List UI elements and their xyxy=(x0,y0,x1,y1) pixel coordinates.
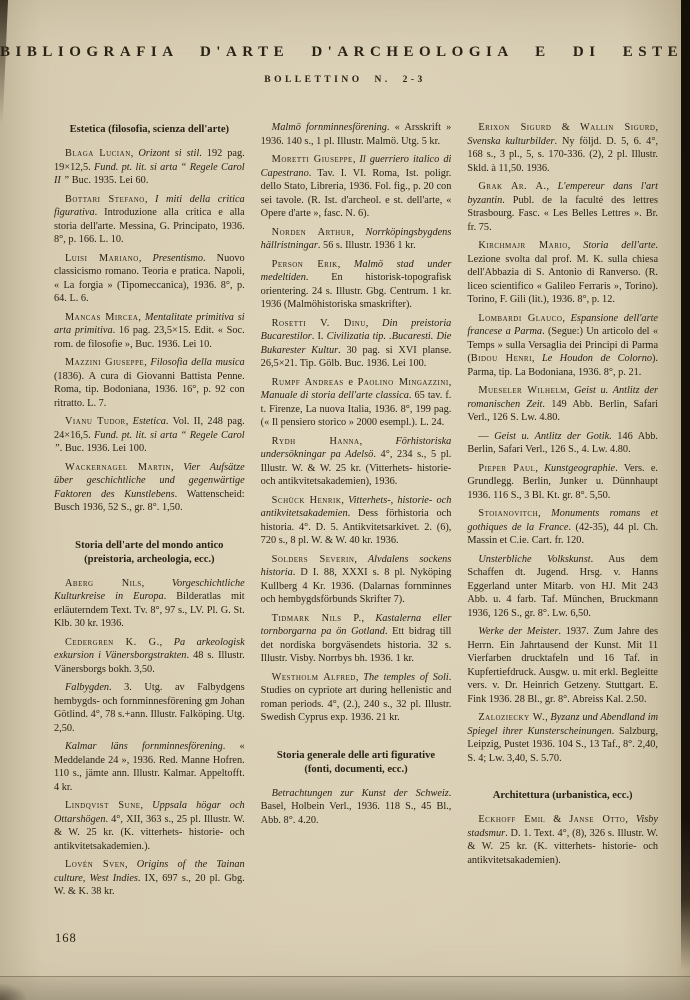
bibliography-entry: Bottari Stefano, I miti della critica fi… xyxy=(54,193,245,247)
bibliography-entry: Betrachtungen zur Kunst der Schweiz. Bas… xyxy=(261,787,452,828)
bibliography-entry: Person Erik, Malmö stad under medeltiden… xyxy=(261,258,452,312)
bibliography-entry: Norden Arthur, Norrköpingsbygdens hällri… xyxy=(261,226,452,253)
bibliography-entry: Kalmar läns fornminnesförening. « Meddel… xyxy=(54,740,245,794)
bibliography-entry: Cedergren K. G., Pa arkeologisk exkursio… xyxy=(54,636,245,677)
bibliography-entry: — Geist u. Antlitz der Gotik. 146 Abb. B… xyxy=(467,430,658,457)
bibliography-entry: Werke der Meister. 1937. Zum Jahre des H… xyxy=(467,625,658,706)
page-title: BIBLIOGRAFIA D'ARTE D'ARCHEOLOGIA E DI E… xyxy=(0,44,690,61)
bibliography-entry: Lombardi Glauco, Espansione dell'arte fr… xyxy=(467,312,658,380)
section-heading: Storia generale delle arti figurative(fo… xyxy=(263,749,450,777)
scanned-bibliography-page: BIBLIOGRAFIA D'ARTE D'ARCHEOLOGIA E DI E… xyxy=(0,0,690,1000)
section-heading: Estetica (filosofia, scienza dell'arte) xyxy=(56,123,243,137)
bibliography-entry: Zaloziecky W., Byzanz und Abendland im S… xyxy=(467,711,658,765)
column-2: Malmö fornminnesförening. « Arsskrift » … xyxy=(261,121,452,904)
bibliography-entry: Moretti Giuseppe, Il guerriero italico d… xyxy=(261,153,452,221)
bibliography-entry: Rydh Hanna, Förhistoriska undersökningar… xyxy=(261,435,452,489)
bibliography-entry: Rosetti V. Dinu, Din preistoria Bucarest… xyxy=(261,317,452,371)
page-number: 168 xyxy=(55,931,77,946)
scan-edge-bottom-left xyxy=(0,984,26,1000)
bibliography-entry: Vianu Tudor, Estetica. Vol. II, 248 pag.… xyxy=(54,415,245,456)
bibliography-entry: Mancas Mircea, Mentalitate primitiva si … xyxy=(54,311,245,352)
bibliography-entry: Aberg Nils, Vorgeschichtliche Kulturkrei… xyxy=(54,577,245,631)
column-3: Erixon Sigurd & Wallin Sigurd, Svenska k… xyxy=(467,121,658,904)
scan-edge-bottom xyxy=(0,976,690,1000)
bibliography-entry: Blaga Lucian, Orizont si stil. 192 pag. … xyxy=(54,147,245,188)
column-1: Estetica (filosofia, scienza dell'arte)B… xyxy=(54,121,245,904)
bibliography-entry: Unsterbliche Volkskunst. Aus dem Schaffe… xyxy=(467,553,658,621)
page-subtitle: BOLLETTINO N. 2-3 xyxy=(0,75,690,85)
bibliography-entry: Erixon Sigurd & Wallin Sigurd, Svenska k… xyxy=(467,121,658,175)
section-heading: Storia dell'arte del mondo antico(preist… xyxy=(56,539,243,567)
bibliography-entry: Falbygden. 3. Utg. av Falbydgens hembygd… xyxy=(54,681,245,735)
bibliography-entry: Grak Ar. A., L'empereur dans l'art byzan… xyxy=(467,180,658,234)
bibliography-entry: Solders Severin, Alvdalens sockens histo… xyxy=(261,553,452,607)
scan-edge-right xyxy=(681,0,690,1000)
section-heading: Architettura (urbanistica, ecc.) xyxy=(469,789,656,803)
bibliography-entry: Wackernagel Martin, Vier Aufsätze über g… xyxy=(54,461,245,515)
bibliography-entry: Pieper Paul, Kunstgeographie. Vers. e. G… xyxy=(467,462,658,503)
bibliography-entry: Lindqvist Sune, Uppsala högar och Ottars… xyxy=(54,799,245,853)
bibliography-columns: Estetica (filosofia, scienza dell'arte)B… xyxy=(0,85,690,904)
bibliography-entry: Mazzini Giuseppe, Filosofia della musica… xyxy=(54,356,245,410)
bibliography-entry: Kirchmajr Mario, Storia dell'arte. Lezio… xyxy=(467,239,658,307)
bibliography-entry: Lovén Sven, Origins of the Tainan cultur… xyxy=(54,858,245,899)
bibliography-entry: Tidmark Nils P., Kastalerna eller tornbo… xyxy=(261,612,452,666)
bibliography-entry: Rumpf Andreas e Paolino Mingazzini, Manu… xyxy=(261,376,452,430)
bibliography-entry: Stoianovitch, Monuments romans et gothiq… xyxy=(467,507,658,548)
bibliography-entry: Schück Henrik, Vitterhets-, historie- oc… xyxy=(261,494,452,548)
bibliography-entry: Mueseler Wilhelm, Geist u. Antlitz der r… xyxy=(467,384,658,425)
page-header: BIBLIOGRAFIA D'ARTE D'ARCHEOLOGIA E DI E… xyxy=(0,0,690,85)
bibliography-entry: Malmö fornminnesförening. « Arsskrift » … xyxy=(261,121,452,148)
bibliography-entry: Westholm Alfred, The temples of Soli. St… xyxy=(261,671,452,725)
bibliography-entry: Eckhoff Emil & Janse Otto, Visby stadsmu… xyxy=(467,813,658,867)
bibliography-entry: Luisi Mariano, Presentismo. Nuovo classi… xyxy=(54,252,245,306)
